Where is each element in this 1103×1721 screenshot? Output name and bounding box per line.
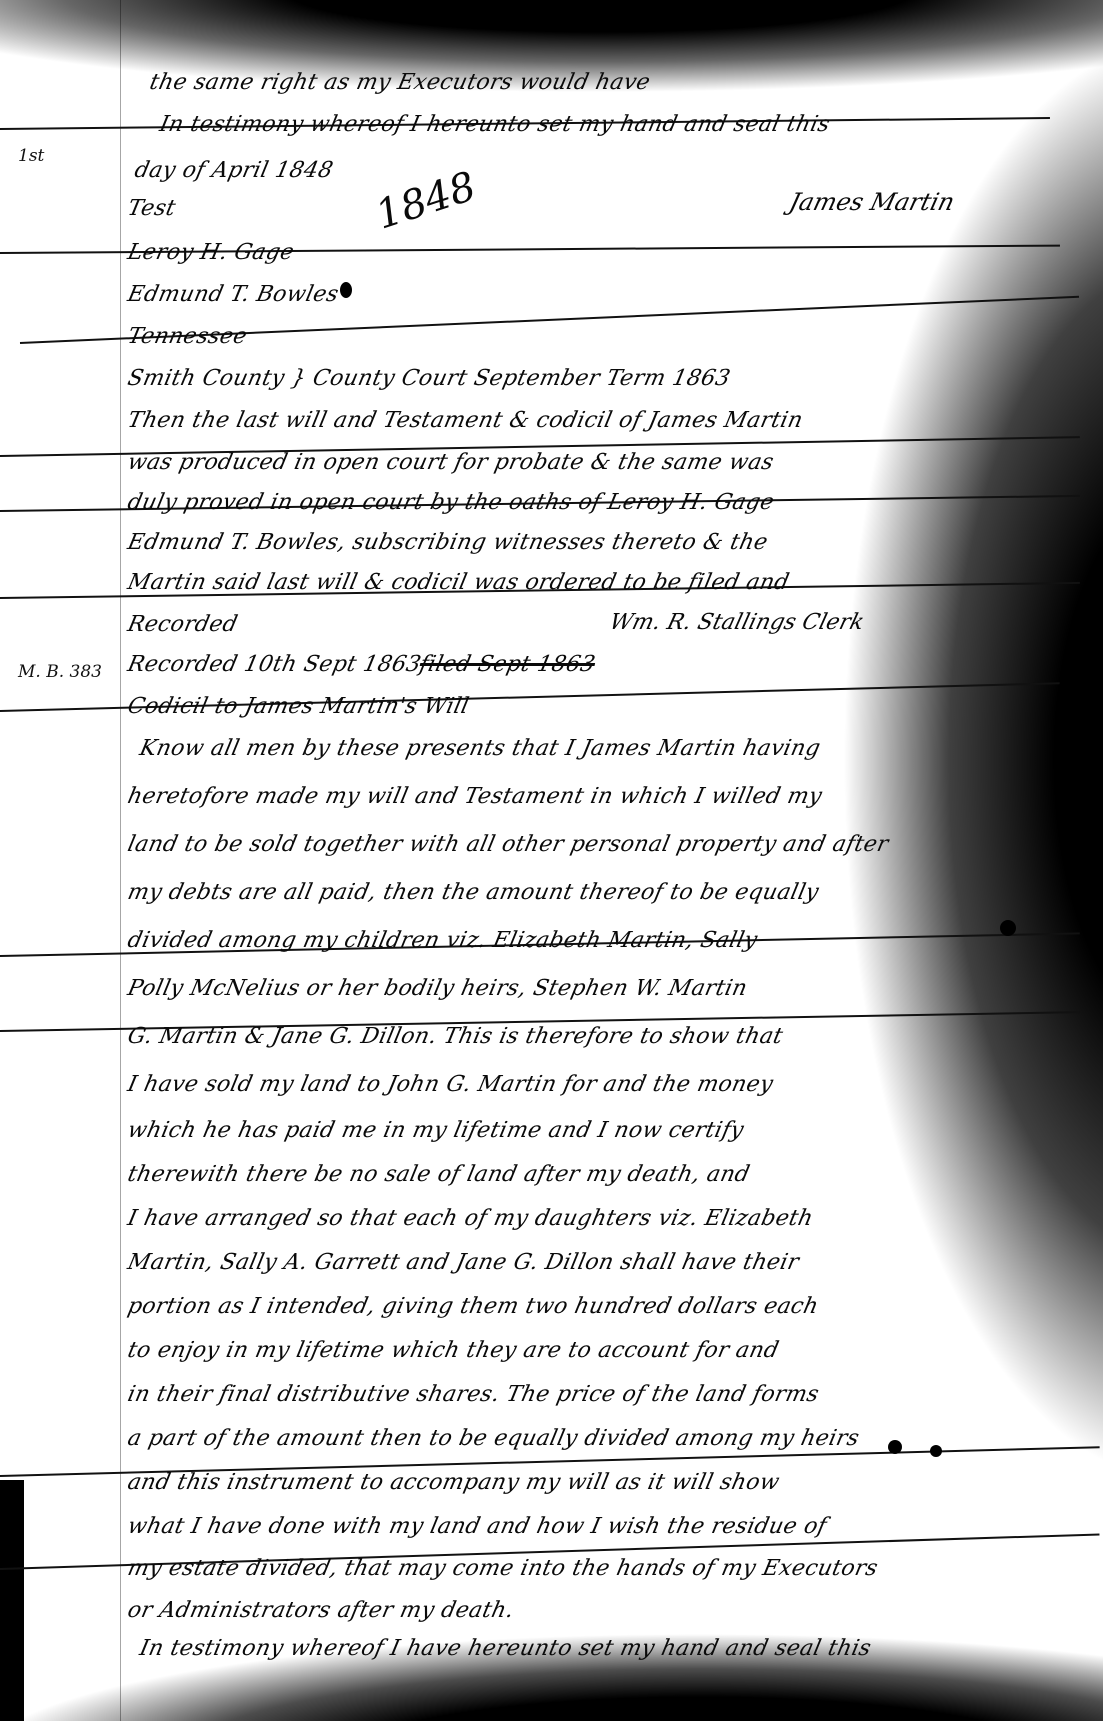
- text-line: to enjoy in my lifetime which they are t…: [125, 1338, 781, 1363]
- text-line: Know all men by these presents that I Ja…: [137, 736, 822, 761]
- text-line: in their final distributive shares. The …: [125, 1382, 821, 1407]
- text-line: G. Martin & Jane G. Dillon. This is ther…: [125, 1024, 785, 1049]
- margin-note-top: 1st: [18, 146, 44, 166]
- text-line: portion as I intended, giving them two h…: [125, 1294, 820, 1319]
- scanned-document-page: 1st M. B. 383 1848 the same right as my …: [0, 0, 1103, 1721]
- text-line: was produced in open court for probate &…: [125, 450, 776, 475]
- text-line: heretofore made my will and Testament in…: [125, 784, 824, 809]
- text-line: my estate divided, that may come into th…: [125, 1556, 880, 1581]
- ink-blot: [888, 1440, 902, 1454]
- text-line: Smith County } County Court September Te…: [125, 366, 732, 391]
- text-line: In testimony whereof I have hereunto set…: [137, 1636, 873, 1661]
- text-line: therewith there be no sale of land after…: [125, 1162, 752, 1187]
- text-line: Then the last will and Testament & codic…: [125, 408, 805, 433]
- text-line: I have arranged so that each of my daugh…: [125, 1206, 815, 1231]
- text-line: duly proved in open court by the oaths o…: [125, 490, 776, 515]
- margin-note-codicil-ref: M. B. 383: [18, 662, 102, 682]
- text-line: day of April 1848: [132, 158, 335, 183]
- text-line: Edmund T. Bowles: [125, 282, 341, 307]
- overwritten-year: 1848: [370, 163, 481, 238]
- signature-clerk: Wm. R. Stallings Clerk: [607, 610, 867, 635]
- text-line: or Administrators after my death.: [125, 1598, 516, 1623]
- scan-edge: [0, 1480, 24, 1721]
- ink-blot: [930, 1445, 942, 1457]
- text-line: which he has paid me in my lifetime and …: [125, 1118, 746, 1143]
- text-line: and this instrument to accompany my will…: [125, 1470, 781, 1495]
- text-line: Recorded 10th Sept 1863: [125, 652, 423, 677]
- codicil-heading: Codicil to James Martin's Will: [125, 694, 471, 719]
- text-line: land to be sold together with all other …: [125, 832, 890, 857]
- text-line: the same right as my Executors would hav…: [147, 70, 652, 95]
- text-line: Test: [125, 196, 178, 221]
- text-line: Martin said last will & codicil was orde…: [125, 570, 791, 595]
- text-line: In testimony whereof I hereunto set my h…: [157, 112, 832, 137]
- text-line: what I have done with my land and how I …: [125, 1514, 829, 1539]
- text-line: divided among my children viz. Elizabeth…: [125, 928, 759, 953]
- text-line: a part of the amount then to be equally …: [125, 1426, 861, 1451]
- text-line: Edmund T. Bowles, subscribing witnesses …: [125, 530, 770, 555]
- margin-rule: [120, 0, 121, 1721]
- text-line: Leroy H. Gage: [125, 240, 296, 265]
- ink-blot: [1000, 920, 1016, 936]
- ink-blot: [340, 282, 352, 298]
- text-line: Polly McNelius or her bodily heirs, Step…: [125, 976, 749, 1001]
- text-line: my debts are all paid, then the amount t…: [125, 880, 821, 905]
- signature-james-martin: James Martin: [787, 188, 958, 216]
- text-line: Recorded: [125, 612, 240, 637]
- text-line: Martin, Sally A. Garrett and Jane G. Dil…: [125, 1250, 801, 1275]
- text-line: I have sold my land to John G. Martin fo…: [125, 1072, 775, 1097]
- struck-text: filed Sept 1863: [417, 652, 597, 677]
- text-line: Tennessee: [125, 324, 249, 349]
